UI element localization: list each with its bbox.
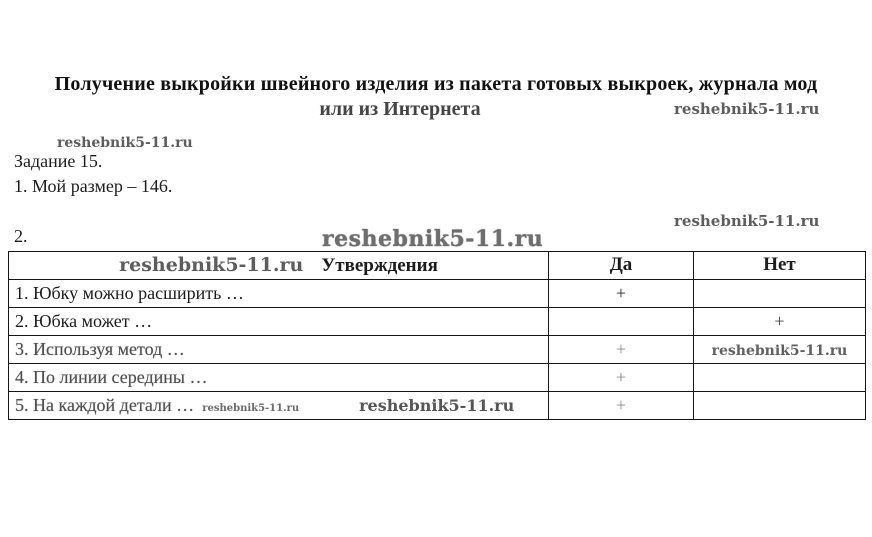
task-label: Задание 15. [14, 151, 102, 172]
no-cell: reshebnik5-11.ru [694, 336, 866, 364]
scanned-document-page: Получение выкройки швейного изделия из п… [0, 0, 872, 537]
table-header-row: reshebnik5-11.ru Утверждения Да Нет [9, 252, 866, 280]
header-statement-cell: reshebnik5-11.ru Утверждения [9, 252, 549, 280]
watermark-top-right: reshebnik5-11.ru [674, 100, 819, 118]
yes-mark: + [549, 336, 694, 364]
header-no-label: Нет [694, 252, 866, 280]
table-row: 1. Юбку можно расширить … + [9, 280, 866, 308]
header-statement-label: Утверждения [321, 255, 438, 277]
watermark-row5-big: reshebnik5-11.ru [359, 396, 514, 415]
answer-item-1: 1. Мой размер – 146. [14, 176, 172, 197]
header-yes-label: Да [549, 252, 694, 280]
statement-label: 4. По линии середины … [9, 364, 549, 392]
watermark-row3-cell: reshebnik5-11.ru [712, 343, 848, 359]
document-title-line1: Получение выкройки швейного изделия из п… [0, 73, 872, 96]
watermark-header-cell: reshebnik5-11.ru [119, 254, 303, 276]
watermark-mid-right: reshebnik5-11.ru [674, 212, 819, 230]
statement-label: 1. Юбку можно расширить … [9, 280, 549, 308]
table-row: 3. Используя метод … + reshebnik5-11.ru [9, 336, 866, 364]
answer-item-2: 2. [14, 226, 28, 247]
yes-mark: + [549, 280, 694, 308]
statement-label: 3. Используя метод … [9, 336, 549, 364]
statement-cell: 5. На каждой детали … reshebnik5-11.ru r… [9, 392, 549, 420]
table-row: 5. На каждой детали … reshebnik5-11.ru r… [9, 392, 866, 420]
no-mark [694, 364, 866, 392]
no-mark [694, 392, 866, 420]
table-row: 4. По линии середины … + [9, 364, 866, 392]
statements-table: reshebnik5-11.ru Утверждения Да Нет 1. Ю… [8, 251, 866, 420]
watermark-above-task: reshebnik5-11.ru [57, 135, 193, 151]
statement-label: 5. На каждой детали … [15, 395, 194, 416]
no-mark [694, 280, 866, 308]
watermark-row5-small: reshebnik5-11.ru [202, 403, 299, 414]
yes-mark [549, 308, 694, 336]
watermark-center-large: reshebnik5-11.ru [322, 226, 543, 252]
no-mark: + [694, 308, 866, 336]
yes-mark: + [549, 364, 694, 392]
table-row: 2. Юбка может … + [9, 308, 866, 336]
statement-label: 2. Юбка может … [9, 308, 549, 336]
document-title-line2: или из Интернета [20, 98, 780, 121]
yes-mark: + [549, 392, 694, 420]
